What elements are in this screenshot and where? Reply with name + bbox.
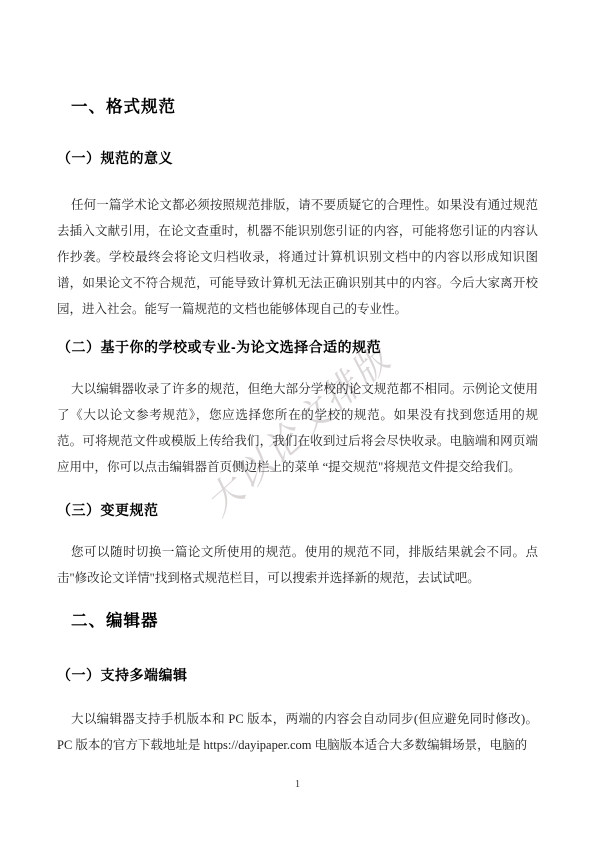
page-number: 1 — [0, 779, 595, 790]
document-page: 大以论文排版 一、格式规范 （一）规范的意义 任何一篇学术论文都必须按照规范排版… — [0, 0, 595, 842]
section-1-1-heading: （一）规范的意义 — [57, 148, 538, 168]
chapter-2-heading: 二、编辑器 — [57, 610, 538, 632]
section-1-2-heading: （二）基于你的学校或专业-为论文选择合适的规范 — [57, 337, 538, 357]
section-1-1-paragraph: 任何一篇学术论文都必须按照规范排版，请不要质疑它的合理性。如果没有通过规范去插入… — [57, 192, 538, 322]
section-1-3-paragraph: 您可以随时切换一篇论文所使用的规范。使用的规范不同，排版结果就会不同。点击"修改… — [57, 539, 538, 591]
chapter-1-heading: 一、格式规范 — [57, 96, 538, 118]
section-2-1-paragraph: 大以编辑器支持手机版本和 PC 版本，两端的内容会自动同步(但应避免同时修改)。… — [57, 706, 538, 758]
section-1-3-heading: （三）变更规范 — [57, 500, 538, 520]
page-content: 一、格式规范 （一）规范的意义 任何一篇学术论文都必须按照规范排版，请不要质疑它… — [57, 0, 538, 758]
section-2-1-heading: （一）支持多端编辑 — [57, 665, 538, 685]
section-1-2-paragraph: 大以编辑器收录了许多的规范，但绝大部分学校的论文规范都不相同。示例论文使用了《大… — [57, 376, 538, 480]
